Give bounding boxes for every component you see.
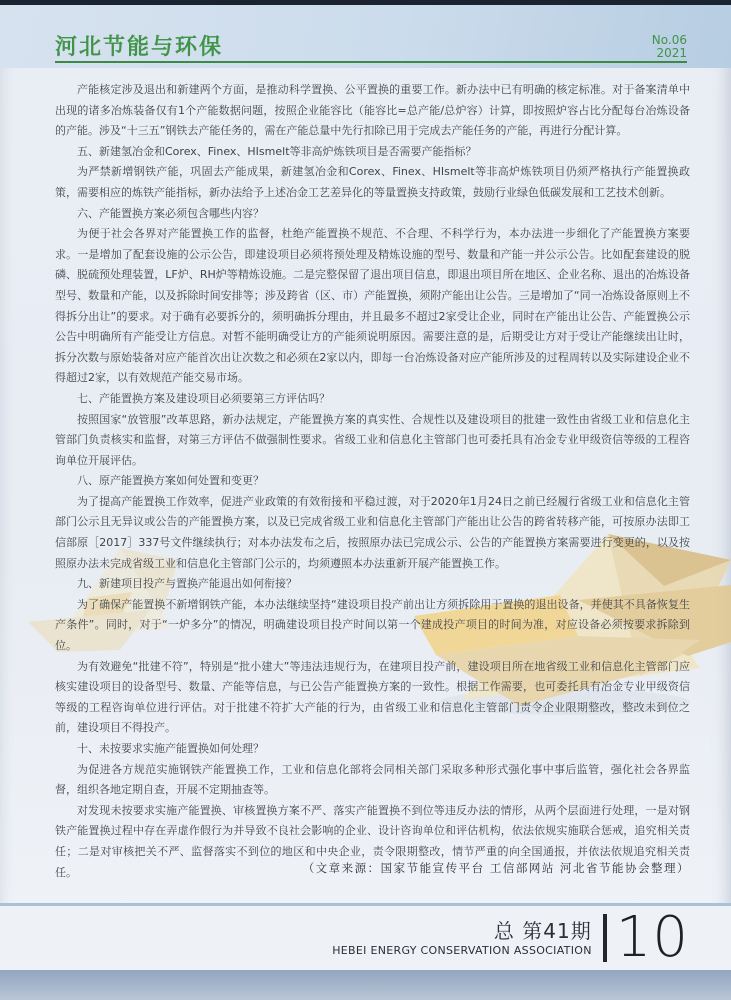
article-paragraph: 为了确保产能置换不新增钢铁产能，本办法继续坚持“建设项目投产前出让方须拆除用于置… — [55, 595, 690, 657]
bottom-color-band — [0, 970, 731, 1000]
article-heading-q10: 十、未按要求实施产能置换如何处理？ — [55, 739, 690, 760]
footer-divider-bar — [603, 914, 607, 962]
article-heading-q8: 八、原产能置换方案如何处置和变更？ — [55, 471, 690, 492]
article-body: 产能核定涉及退出和新建两个方面，是推动科学置换、公平置换的重要工作。新办法中已有… — [55, 80, 690, 883]
page-number: 10 — [616, 912, 689, 964]
article-paragraph: 为严禁新增钢铁产能，巩固去产能成果，新建氢冶金和Corex、Finex、HIsm… — [55, 162, 690, 203]
footer-issue-label: 总 第41期 — [494, 919, 592, 943]
journal-title: 河北节能与环保 — [55, 30, 223, 61]
footer-issue-block: 总 第41期 HEBEI ENERGY CONSERVATION ASSOCIA… — [332, 919, 592, 958]
source-attribution: （文章来源：国家节能宣传平台 工信部网站 河北省节能协会整理） — [303, 860, 690, 876]
article-paragraph: 为促进各方规范实施钢铁产能置换工作，工业和信息化部将会同相关部门采取多种形式强化… — [55, 760, 690, 801]
article-paragraph: 为有效避免“批建不符”，特别是“批小建大”等违法违规行为，在建项目投产前，建设项… — [55, 657, 690, 739]
article-heading-q9: 九、新建项目投产与置换产能退出如何衔接？ — [55, 574, 690, 595]
issue-block: No.06 2021 — [652, 34, 687, 59]
article-paragraph: 为便于社会各界对产能置换工作的监督，杜绝产能置换不规范、不合理、不科学行为，本办… — [55, 224, 690, 389]
article-heading-q7: 七、产能置换方案及建设项目必须要第三方评估吗？ — [55, 389, 690, 410]
issue-year: 2021 — [652, 47, 687, 59]
header-green-rule — [55, 61, 687, 63]
page-header: 河北节能与环保 No.06 2021 — [0, 5, 731, 68]
article-paragraph: 为了提高产能置换工作效率，促进产业政策的有效衔接和平稳过渡，对于2020年1月2… — [55, 492, 690, 574]
article-paragraph: 产能核定涉及退出和新建两个方面，是推动科学置换、公平置换的重要工作。新办法中已有… — [55, 80, 690, 142]
magazine-page: 河北节能与环保 No.06 2021 产能核定涉及退出和新建两个方面，是推动科学… — [0, 0, 731, 1000]
article-heading-q6: 六、产能置换方案必须包含哪些内容？ — [55, 204, 690, 225]
footer-association-name: HEBEI ENERGY CONSERVATION ASSOCIATION — [332, 943, 592, 958]
article-paragraph: 按照国家“放管服”改革思路，新办法规定，产能置换方案的真实性、合规性以及建设项目… — [55, 410, 690, 472]
issue-number: No.06 — [652, 34, 687, 46]
page-footer: 总 第41期 HEBEI ENERGY CONSERVATION ASSOCIA… — [0, 906, 731, 970]
article-heading-q5: 五、新建氢冶金和Corex、Finex、HIsmelt等非高炉炼铁项目是否需要产… — [55, 142, 690, 163]
